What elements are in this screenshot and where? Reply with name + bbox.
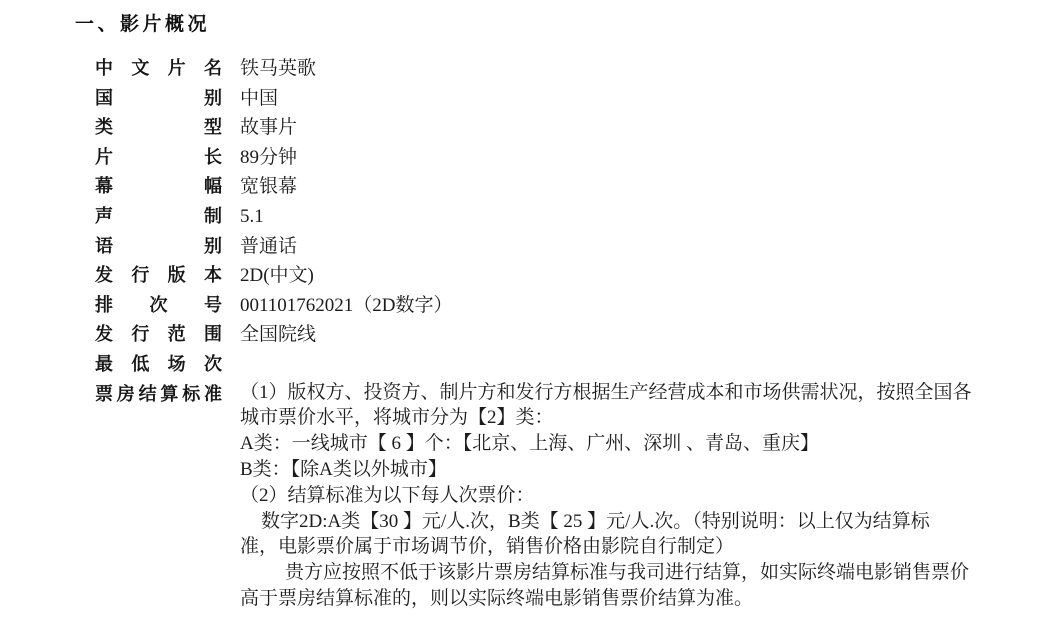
field-value: 5.1 xyxy=(240,202,264,232)
field-label: 类型 xyxy=(95,113,222,143)
field-row-sound-format: 声制 5.1 xyxy=(95,202,1015,232)
field-row-language: 语别 普通话 xyxy=(95,232,1015,262)
field-label: 发行范围 xyxy=(95,320,222,350)
settlement-line: A类：一线城市【 6 】个：【北京、上海、广州、深圳 、青岛、重庆】 xyxy=(240,431,972,457)
field-label: 排次号 xyxy=(95,291,222,321)
field-label: 声制 xyxy=(95,202,222,232)
field-value: 001101762021（2D数字） xyxy=(240,291,453,321)
field-value: 普通话 xyxy=(240,232,297,262)
section-title: 一、影片概况 xyxy=(75,9,210,36)
settlement-line: （1）版权方、投资方、制片方和发行方根据生产经营成本和市场供需状况，按照全国各 xyxy=(240,380,972,406)
field-row-runtime: 片长 89分钟 xyxy=(95,143,1015,173)
field-label: 幕幅 xyxy=(95,172,222,202)
field-value: 中国 xyxy=(240,84,278,114)
settlement-line: 城市票价水平，将城市分为【2】类： xyxy=(240,405,972,431)
field-label: 最低场次 xyxy=(95,350,222,380)
field-list: 中文片名 铁马英歌 国别 中国 类型 故事片 片长 89分钟 幕幅 宽银幕 声制… xyxy=(95,54,1015,612)
field-label: 国别 xyxy=(95,84,222,114)
field-row-genre: 类型 故事片 xyxy=(95,113,1015,143)
field-value: 2D(中文) xyxy=(240,261,314,291)
field-row-screen-format: 幕幅 宽银幕 xyxy=(95,172,1015,202)
field-label: 片长 xyxy=(95,143,222,173)
field-label: 语别 xyxy=(95,232,222,262)
settlement-line: 高于票房结算标准的，则以实际终端电影销售票价结算为准。 xyxy=(240,586,972,612)
field-row-serial-number: 排次号 001101762021（2D数字） xyxy=(95,291,1015,321)
field-row-release-version: 发行版本 2D(中文) xyxy=(95,261,1015,291)
field-value: 宽银幕 xyxy=(240,172,297,202)
field-row-minimum-screenings: 最低场次 xyxy=(95,350,1015,380)
field-label: 发行版本 xyxy=(95,261,222,291)
field-label: 票房结算标准 xyxy=(95,380,222,410)
field-row-distribution-scope: 发行范围 全国院线 xyxy=(95,320,1015,350)
settlement-text: （1）版权方、投资方、制片方和发行方根据生产经营成本和市场供需状况，按照全国各 … xyxy=(240,380,972,612)
field-row-chinese-title: 中文片名 铁马英歌 xyxy=(95,54,1015,84)
settlement-line: B类：【除A类以外城市】 xyxy=(240,457,972,483)
settlement-line: 贵方应按照不低于该影片票房结算标准与我司进行结算，如实际终端电影销售票价 xyxy=(240,560,972,586)
field-row-settlement-standard: 票房结算标准 （1）版权方、投资方、制片方和发行方根据生产经营成本和市场供需状况… xyxy=(95,380,1015,612)
settlement-line: 数字2D:A类【30 】元/人.次，B类【 25 】元/人.次。（特别说明：以上… xyxy=(240,509,972,535)
settlement-line: （2）结算标准为以下每人次票价： xyxy=(240,483,972,509)
field-value: 故事片 xyxy=(240,113,297,143)
field-label: 中文片名 xyxy=(95,54,222,84)
film-overview-document: 一、影片概况 中文片名 铁马英歌 国别 中国 类型 故事片 片长 89分钟 幕幅… xyxy=(0,0,1057,618)
field-value: 全国院线 xyxy=(240,320,316,350)
field-row-country: 国别 中国 xyxy=(95,84,1015,114)
settlement-line: 准，电影票价属于市场调节价，销售价格由影院自行制定） xyxy=(240,534,972,560)
field-value: 铁马英歌 xyxy=(240,54,316,84)
field-value: 89分钟 xyxy=(240,143,297,173)
